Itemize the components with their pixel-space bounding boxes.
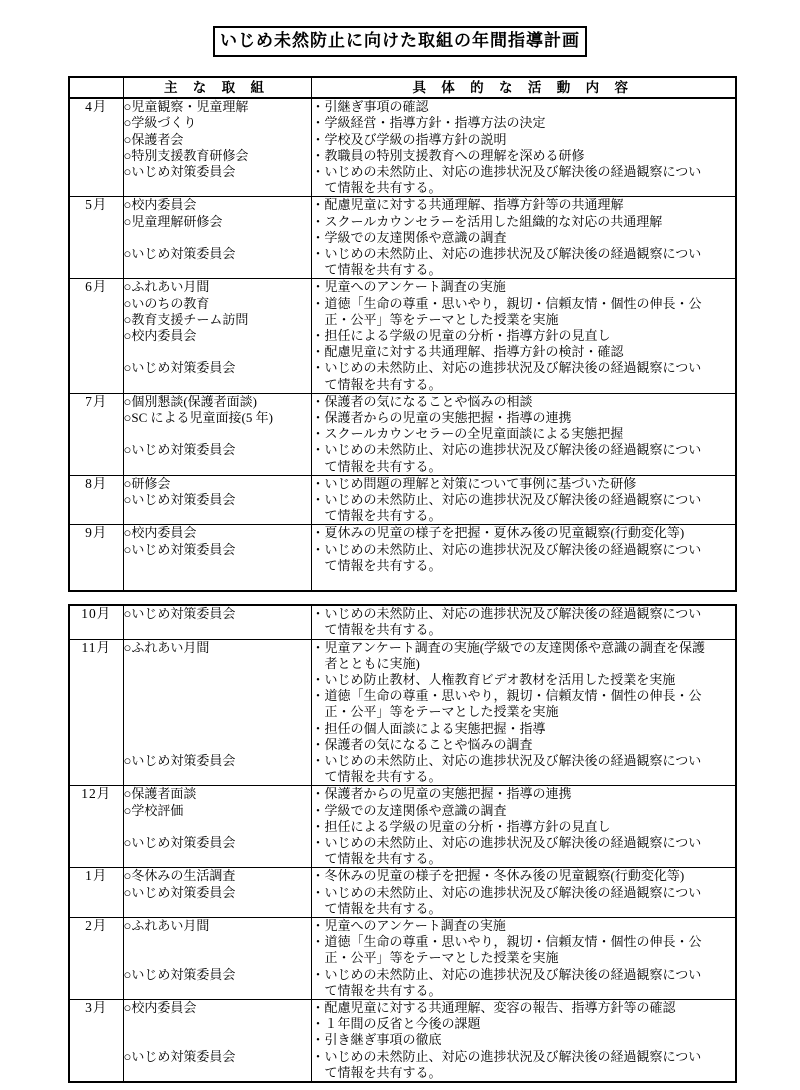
- main-activities-cell: ○ふれあい月間 ○いじめ対策委員会: [123, 918, 311, 1000]
- activity-line: ○教育支援チーム訪問: [124, 312, 311, 328]
- month-label: 2月: [69, 918, 123, 1000]
- month-label: 9月: [69, 525, 123, 591]
- detail-line: ・いじめ問題の理解と対策について事例に基づいた研修: [312, 476, 736, 492]
- activity-details-cell: ・冬休みの児童の様子を把握・冬休み後の児童観察(行動変化等)・いじめの未然防止、…: [311, 868, 736, 918]
- detail-line: ・学級での友達関係や意識の調査: [312, 803, 736, 819]
- main-activities-column-header: 主 な 取 組: [123, 77, 311, 98]
- detail-line: ・道徳「生命の尊重・思いやり，親切・信頼友情・個性の伸長・公: [312, 296, 736, 312]
- detail-line: ・いじめの未然防止、対応の進捗状況及び解決後の経過観察につい: [312, 753, 736, 769]
- activity-details-cell: ・児童アンケート調査の実施(学級での友達関係や意識の調査を保護 者とともに実施)…: [311, 639, 736, 786]
- activity-line: ○いじめ対策委員会: [124, 360, 311, 376]
- main-activities-cell: ○児童観察・児童理解○学級づくり○保護者会○特別支援教育研修会○いじめ対策委員会: [123, 98, 311, 197]
- month-label: 7月: [69, 393, 123, 475]
- detail-line: ・１年間の反省と今後の課題: [312, 1016, 736, 1032]
- second-half-rows: 10月○いじめ対策委員会・いじめの未然防止、対応の進捗状況及び解決後の経過観察に…: [69, 605, 736, 1082]
- detail-line: ・スクールカウンセラーの全児童面談による実態把握: [312, 426, 736, 442]
- detail-line: ・学級経営・指導方針・指導方法の決定: [312, 115, 736, 131]
- activity-details-cell: ・いじめ問題の理解と対策について事例に基づいた研修・いじめの未然防止、対応の進捗…: [311, 475, 736, 525]
- schedule-table-second-half: 10月○いじめ対策委員会・いじめの未然防止、対応の進捗状況及び解決後の経過観察に…: [68, 604, 737, 1083]
- detail-line: て情報を共有する。: [312, 459, 736, 475]
- header-row: 主 な 取 組 具 体 的 な 活 動 内 容: [69, 77, 736, 98]
- activity-line: [124, 656, 311, 672]
- detail-line: て情報を共有する。: [312, 262, 736, 278]
- detail-line: ・いじめの未然防止、対応の進捗状況及び解決後の経過観察につい: [312, 164, 736, 180]
- detail-line: ・いじめの未然防止、対応の進捗状況及び解決後の経過観察につい: [312, 606, 736, 622]
- activity-details-column-header: 具 体 的 な 活 動 内 容: [311, 77, 736, 98]
- activity-details-cell: ・児童へのアンケート調査の実施・道徳「生命の尊重・思いやり，親切・信頼友情・個性…: [311, 918, 736, 1000]
- activity-details-cell: ・引継ぎ事項の確認・学級経営・指導方針・指導方法の決定・学校及び学級の指導方針の…: [311, 98, 736, 197]
- detail-line: ・担任の個人面談による実態把握・指導: [312, 721, 736, 737]
- activity-line: [124, 426, 311, 442]
- detail-line: ・学校及び学級の指導方針の説明: [312, 132, 736, 148]
- detail-line: て情報を共有する。: [312, 769, 736, 785]
- activity-line: ○ふれあい月間: [124, 279, 311, 295]
- activity-line: [124, 1016, 311, 1032]
- activity-line: [124, 721, 311, 737]
- month-column-header: [69, 77, 123, 98]
- activity-details-cell: ・保護者の気になることや悩みの相談・保護者からの児童の実態把握・指導の連携・スク…: [311, 393, 736, 475]
- activity-line: ○SC による児童面接(5 年): [124, 410, 311, 426]
- detail-line: ・いじめの未然防止、対応の進捗状況及び解決後の経過観察につい: [312, 246, 736, 262]
- activity-line: ○いじめ対策委員会: [124, 753, 311, 769]
- detail-line: ・学級での友達関係や意識の調査: [312, 230, 736, 246]
- month-label: 11月: [69, 639, 123, 786]
- detail-line: 者とともに実施): [312, 656, 736, 672]
- main-activities-cell: ○校内委員会○児童理解研修会 ○いじめ対策委員会: [123, 197, 311, 279]
- month-row: 2月○ふれあい月間 ○いじめ対策委員会・児童へのアンケート調査の実施・道徳「生命…: [69, 918, 736, 1000]
- main-activities-cell: ○いじめ対策委員会: [123, 605, 311, 639]
- detail-line: 正・公平」等をテーマとした授業を実施: [312, 312, 736, 328]
- detail-line: て情報を共有する。: [312, 558, 736, 574]
- detail-line: て情報を共有する。: [312, 180, 736, 196]
- month-row: 6月○ふれあい月間○いのちの教育○教育支援チーム訪問○校内委員会 ○いじめ対策委…: [69, 279, 736, 393]
- month-row: 4月○児童観察・児童理解○学級づくり○保護者会○特別支援教育研修会○いじめ対策委…: [69, 98, 736, 197]
- activity-details-cell: ・配慮児童に対する共通理解、変容の報告、指導方針等の確認・１年間の反省と今後の課…: [311, 1000, 736, 1083]
- main-activities-cell: ○ふれあい月間○いのちの教育○教育支援チーム訪問○校内委員会 ○いじめ対策委員会: [123, 279, 311, 393]
- main-activities-cell: ○校内委員会○いじめ対策委員会: [123, 525, 311, 591]
- activity-line: ○校内委員会: [124, 197, 311, 213]
- main-activities-cell: ○個別懇談(保護者面談)○SC による児童面接(5 年) ○いじめ対策委員会: [123, 393, 311, 475]
- detail-line: ・冬休みの児童の様子を把握・冬休み後の児童観察(行動変化等): [312, 868, 736, 884]
- document-page: いじめ未然防止に向けた取組の年間指導計画 主 な 取 組 具 体 的 な 活 動…: [0, 0, 800, 1090]
- activity-details-cell: ・いじめの未然防止、対応の進捗状況及び解決後の経過観察につい て情報を共有する。: [311, 605, 736, 639]
- detail-line: ・担任による学級の児童の分析・指導方針の見直し: [312, 819, 736, 835]
- activity-details-cell: ・配慮児童に対する共通理解、指導方針等の共通理解・スクールカウンセラーを活用した…: [311, 197, 736, 279]
- activity-line: [124, 819, 311, 835]
- detail-line: ・児童へのアンケート調査の実施: [312, 279, 736, 295]
- detail-line: ・いじめの未然防止、対応の進捗状況及び解決後の経過観察につい: [312, 442, 736, 458]
- activity-line: ○校内委員会: [124, 1000, 311, 1016]
- month-row: 7月○個別懇談(保護者面談)○SC による児童面接(5 年) ○いじめ対策委員会…: [69, 393, 736, 475]
- detail-line: ・いじめの未然防止、対応の進捗状況及び解決後の経過観察につい: [312, 835, 736, 851]
- detail-line: ・いじめ防止教材、人権教育ビデオ教材を活用した授業を実施: [312, 672, 736, 688]
- main-activities-cell: ○校内委員会 ○いじめ対策委員会: [123, 1000, 311, 1083]
- detail-line: ・配慮児童に対する共通理解、指導方針の検討・確認: [312, 344, 736, 360]
- detail-line: て情報を共有する。: [312, 983, 736, 999]
- activity-line: ○児童観察・児童理解: [124, 99, 311, 115]
- month-row: 12月○保護者面談○学校評価 ○いじめ対策委員会・保護者からの児童の実態把握・指…: [69, 786, 736, 868]
- activity-line: ○いじめ対策委員会: [124, 442, 311, 458]
- detail-line: ・道徳「生命の尊重・思いやり，親切・信頼友情・個性の伸長・公: [312, 934, 736, 950]
- activity-line: ○保護者会: [124, 132, 311, 148]
- main-activities-cell: ○ふれあい月間 ○いじめ対策委員会: [123, 639, 311, 786]
- detail-line: 正・公平」等をテーマとした授業を実施: [312, 950, 736, 966]
- month-row: 9月○校内委員会○いじめ対策委員会・夏休みの児童の様子を把握・夏休み後の児童観察…: [69, 525, 736, 591]
- detail-line: ・引き継ぎ事項の徹底: [312, 1032, 736, 1048]
- month-row: 8月○研修会○いじめ対策委員会・いじめ問題の理解と対策について事例に基づいた研修…: [69, 475, 736, 525]
- detail-line: ・いじめの未然防止、対応の進捗状況及び解決後の経過観察につい: [312, 967, 736, 983]
- activity-line: ○ふれあい月間: [124, 640, 311, 656]
- activity-line: ○保護者面談: [124, 786, 311, 802]
- activity-line: ○校内委員会: [124, 328, 311, 344]
- activity-line: ○校内委員会: [124, 525, 311, 541]
- detail-line: [312, 574, 736, 590]
- month-label: 12月: [69, 786, 123, 868]
- activity-line: ○個別懇談(保護者面談): [124, 394, 311, 410]
- detail-line: ・いじめの未然防止、対応の進捗状況及び解決後の経過観察につい: [312, 1049, 736, 1065]
- detail-line: て情報を共有する。: [312, 377, 736, 393]
- detail-line: ・保護者からの児童の実態把握・指導の連携: [312, 786, 736, 802]
- main-activities-cell: ○研修会○いじめ対策委員会: [123, 475, 311, 525]
- schedule-table-first-half: 主 な 取 組 具 体 的 な 活 動 内 容 4月○児童観察・児童理解○学級づ…: [68, 76, 737, 592]
- detail-line: ・担任による学級の児童の分析・指導方針の見直し: [312, 328, 736, 344]
- month-label: 8月: [69, 475, 123, 525]
- title-area: いじめ未然防止に向けた取組の年間指導計画: [0, 0, 800, 57]
- activity-details-cell: ・児童へのアンケート調査の実施・道徳「生命の尊重・思いやり，親切・信頼友情・個性…: [311, 279, 736, 393]
- detail-line: ・保護者の気になることや悩みの調査: [312, 737, 736, 753]
- detail-line: ・道徳「生命の尊重・思いやり，親切・信頼友情・個性の伸長・公: [312, 688, 736, 704]
- first-half-rows: 4月○児童観察・児童理解○学級づくり○保護者会○特別支援教育研修会○いじめ対策委…: [69, 98, 736, 591]
- activity-details-cell: ・夏休みの児童の様子を把握・夏休み後の児童観察(行動変化等)・いじめの未然防止、…: [311, 525, 736, 591]
- activity-line: [124, 688, 311, 704]
- detail-line: ・配慮児童に対する共通理解、指導方針等の共通理解: [312, 197, 736, 213]
- activity-line: [124, 672, 311, 688]
- month-label: 6月: [69, 279, 123, 393]
- month-label: 3月: [69, 1000, 123, 1083]
- month-row: 10月○いじめ対策委員会・いじめの未然防止、対応の進捗状況及び解決後の経過観察に…: [69, 605, 736, 639]
- activity-details-cell: ・保護者からの児童の実態把握・指導の連携・学級での友達関係や意識の調査・担任によ…: [311, 786, 736, 868]
- activity-line: [124, 704, 311, 720]
- detail-line: 正・公平」等をテーマとした授業を実施: [312, 704, 736, 720]
- detail-line: ・いじめの未然防止、対応の進捗状況及び解決後の経過観察につい: [312, 542, 736, 558]
- month-label: 10月: [69, 605, 123, 639]
- detail-line: ・児童アンケート調査の実施(学級での友達関係や意識の調査を保護: [312, 640, 736, 656]
- activity-line: ○いのちの教育: [124, 296, 311, 312]
- activity-line: ○いじめ対策委員会: [124, 246, 311, 262]
- activity-line: [124, 934, 311, 950]
- detail-line: ・児童へのアンケート調査の実施: [312, 918, 736, 934]
- detail-line: ・いじめの未然防止、対応の進捗状況及び解決後の経過観察につい: [312, 885, 736, 901]
- main-activities-cell: ○冬休みの生活調査○いじめ対策委員会: [123, 868, 311, 918]
- detail-line: ・保護者の気になることや悩みの相談: [312, 394, 736, 410]
- detail-line: ・引継ぎ事項の確認: [312, 99, 736, 115]
- main-activities-cell: ○保護者面談○学校評価 ○いじめ対策委員会: [123, 786, 311, 868]
- activity-line: ○学校評価: [124, 803, 311, 819]
- activity-line: ○いじめ対策委員会: [124, 1049, 311, 1065]
- activity-line: ○研修会: [124, 476, 311, 492]
- detail-line: ・いじめの未然防止、対応の進捗状況及び解決後の経過観察につい: [312, 492, 736, 508]
- month-label: 5月: [69, 197, 123, 279]
- month-label: 1月: [69, 868, 123, 918]
- activity-line: [124, 1032, 311, 1048]
- detail-line: ・教職員の特別支援教育への理解を深める研修: [312, 148, 736, 164]
- activity-line: ○いじめ対策委員会: [124, 967, 311, 983]
- activity-line: [124, 950, 311, 966]
- month-row: 3月○校内委員会 ○いじめ対策委員会・配慮児童に対する共通理解、変容の報告、指導…: [69, 1000, 736, 1083]
- page-title: いじめ未然防止に向けた取組の年間指導計画: [213, 26, 587, 57]
- activity-line: ○特別支援教育研修会: [124, 148, 311, 164]
- activity-line: ○学級づくり: [124, 115, 311, 131]
- activity-line: ○いじめ対策委員会: [124, 606, 311, 622]
- detail-line: ・夏休みの児童の様子を把握・夏休み後の児童観察(行動変化等): [312, 525, 736, 541]
- detail-line: て情報を共有する。: [312, 622, 736, 638]
- detail-line: て情報を共有する。: [312, 901, 736, 917]
- activity-line: ○いじめ対策委員会: [124, 542, 311, 558]
- activity-line: ○児童理解研修会: [124, 214, 311, 230]
- activity-line: ○冬休みの生活調査: [124, 868, 311, 884]
- detail-line: て情報を共有する。: [312, 851, 736, 867]
- detail-line: ・スクールカウンセラーを活用した組織的な対応の共通理解: [312, 214, 736, 230]
- activity-line: [124, 344, 311, 360]
- month-label: 4月: [69, 98, 123, 197]
- month-row: 11月○ふれあい月間 ○いじめ対策委員会・児童アンケート調査の実施(学級での友達…: [69, 639, 736, 786]
- activity-line: [124, 737, 311, 753]
- activity-line: ○いじめ対策委員会: [124, 164, 311, 180]
- detail-line: ・配慮児童に対する共通理解、変容の報告、指導方針等の確認: [312, 1000, 736, 1016]
- activity-line: [124, 230, 311, 246]
- activity-line: ○いじめ対策委員会: [124, 492, 311, 508]
- activity-line: ○いじめ対策委員会: [124, 835, 311, 851]
- month-row: 1月○冬休みの生活調査○いじめ対策委員会・冬休みの児童の様子を把握・冬休み後の児…: [69, 868, 736, 918]
- month-row: 5月○校内委員会○児童理解研修会 ○いじめ対策委員会・配慮児童に対する共通理解、…: [69, 197, 736, 279]
- activity-line: ○いじめ対策委員会: [124, 885, 311, 901]
- activity-line: ○ふれあい月間: [124, 918, 311, 934]
- detail-line: て情報を共有する。: [312, 1065, 736, 1081]
- detail-line: ・いじめの未然防止、対応の進捗状況及び解決後の経過観察につい: [312, 360, 736, 376]
- detail-line: ・保護者からの児童の実態把握・指導の連携: [312, 410, 736, 426]
- detail-line: て情報を共有する。: [312, 508, 736, 524]
